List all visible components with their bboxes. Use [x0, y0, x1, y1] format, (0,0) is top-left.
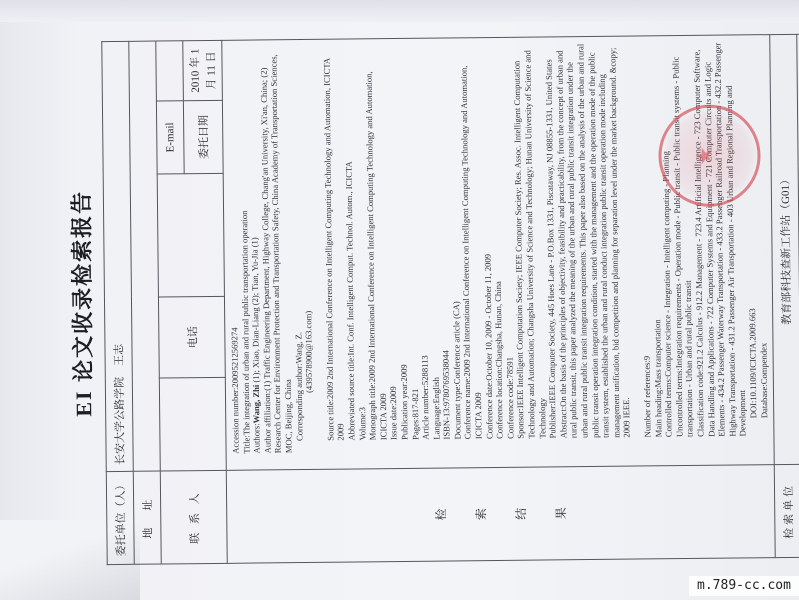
- search-unit-value: 教育部科技查新工作站（G01）: [770, 34, 799, 464]
- abstract: Abstract:On the basis of the principles …: [554, 43, 633, 461]
- search-unit-row: 检索单位 教育部科技查新工作站（G01）: [770, 34, 799, 557]
- date-value: 2010 年 1 月 11 日: [183, 41, 222, 101]
- search-unit-label: 检索单位: [774, 464, 799, 557]
- client-unit-label: 委托单位（人）: [106, 471, 134, 564]
- official-seal-stamp: ★: [658, 104, 761, 207]
- site-watermark: m.789-cc.com: [689, 576, 799, 596]
- phone-label: 电话: [158, 296, 225, 378]
- contact-value: [159, 377, 226, 471]
- report-page: EI 论文收录检索报告 委托单位（人） 长安大学公路学院 王志 地 址 联 系 …: [57, 26, 743, 573]
- date-label: 委托日期: [184, 100, 223, 173]
- search-result-content: Accession number:20095212569274 Title:Th…: [222, 35, 775, 471]
- record-affiliation: Author affiliation:(1) Traffic Engineeri…: [258, 46, 294, 463]
- sponsor: Sponsor:IEEE Intelligent Computation Soc…: [512, 43, 548, 460]
- email-value: [156, 41, 183, 101]
- classification-code: Classification code:921.2 Calculus - 912…: [691, 41, 748, 459]
- seal-star-icon: ★: [691, 146, 717, 166]
- search-result-label: 检 索 结 果: [226, 465, 775, 564]
- phone-value: [157, 173, 224, 297]
- email-label: E-mail: [157, 101, 184, 174]
- address-label: 地 址: [133, 471, 161, 564]
- contact-label: 联 系 人: [160, 470, 227, 564]
- page-title: EI 论文收录检索报告: [63, 33, 100, 573]
- scan-background-top: [0, 0, 799, 22]
